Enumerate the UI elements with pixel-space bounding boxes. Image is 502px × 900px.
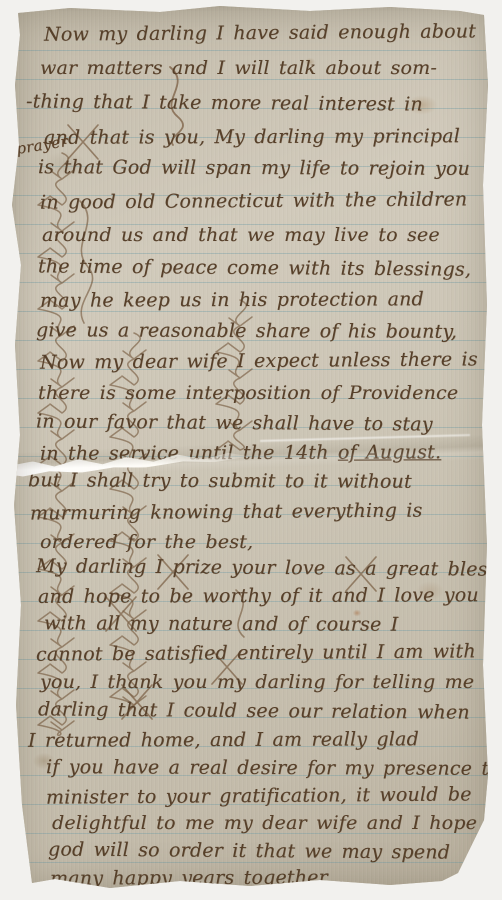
letter-line: the time of peace come with its blessing… (38, 254, 471, 281)
letter-line: and hope to be worthy of it and I love y… (38, 583, 479, 609)
scan-background: Now my darling I have said enough aboutw… (0, 0, 502, 900)
letter-line: many happy years together , (50, 865, 343, 890)
letter-line: with all my nature and of course I (44, 611, 398, 636)
letter-line: I returned home, and I am really glad (28, 727, 419, 753)
letter-line: god will so order it that we may spend (48, 837, 450, 864)
letter-line: ordered for the best, (40, 530, 253, 554)
letter-line: if you have a real desire for my presenc… (46, 755, 501, 781)
letter-line: murmuring knowing that everything is (30, 498, 423, 525)
letter-line: Now my darling I have said enough about (44, 19, 476, 46)
letter-line: minister to your gratification, it would… (46, 782, 472, 809)
letter-line: My darling I prize your love as a great … (36, 554, 502, 582)
letter-line: in our favor that we shall have to stay (36, 409, 433, 436)
letter-line: there is some interposition of Providenc… (38, 381, 458, 405)
letter-line: give us a reasonable share of his bounty… (36, 318, 457, 344)
letter-line: Now my dear wife I expect unless there i… (40, 347, 478, 374)
letter-line: war matters and I will talk about som- (40, 56, 437, 80)
letter-line: may he keep us in his protection and (40, 287, 424, 312)
letter-line: cannot be satisfied entirely until I am … (36, 639, 476, 666)
letter-line: is that God will span my life to rejoin … (38, 155, 470, 181)
letter-line: delightful to me my dear wife and I hope (52, 811, 477, 835)
letter-line: and that is you, My darling my principal (44, 124, 460, 150)
letter-line: in good old Connecticut with the childre… (40, 187, 467, 214)
letter-text: Now my darling I have said enough aboutw… (10, 5, 492, 893)
letter-line: around us and that we may live to see (42, 223, 440, 247)
letter-page: Now my darling I have said enough aboutw… (10, 5, 492, 893)
letter-line: darling that I could see our relation wh… (38, 697, 470, 724)
letter-line: in the service until the 14th of August. (40, 440, 441, 466)
letter-line: -thing that I take more real interest in (26, 89, 423, 116)
letter-line: but I shall try to submit to it without (28, 468, 412, 493)
letter-line: you, I thank you my darling for telling … (40, 670, 502, 694)
